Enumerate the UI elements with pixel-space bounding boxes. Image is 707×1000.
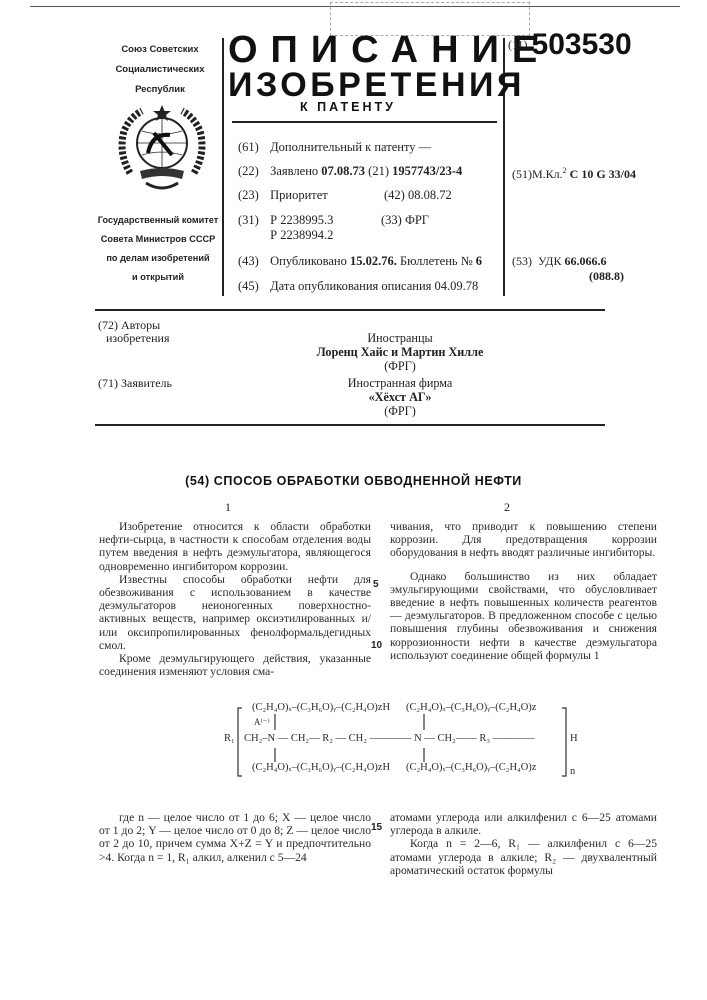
paragraph: Когда n = 2—6, R₁ — алкилфенил с 6—25 ат… [390,837,657,877]
org-line: Государственный комитет [93,211,223,230]
field-code: (61) [238,140,267,155]
doc-title-line2: ИЗОБРЕТЕНИЯ [228,67,525,103]
field-31: (31) Р 2238995.3 Р 2238994.2 [238,213,333,243]
org-line: Союз Советских [105,40,215,60]
applicant-block: Иностранная фирма «Хёхст АГ» (ФРГ) [240,376,560,418]
section-rule [95,424,605,426]
field-code: (42) [384,188,405,202]
field-label: Опубликовано [270,254,347,268]
org-line: Республик [105,80,215,100]
patent-number: (11) 503530 [508,28,632,62]
line-number: 5 [373,579,379,590]
udc-value: 66.066.6 [564,254,606,268]
patent-number-value: 503530 [532,28,632,61]
filed-date: 07.08.73 [321,164,365,178]
field-code: (22) [238,164,267,179]
field-code: (51) [512,167,532,181]
issuing-committee: Государственный комитет Совета Министров… [93,211,223,287]
org-line: по делам изобретений [93,249,223,268]
invention-title: (54) СПОСОБ ОБРАБОТКИ ОБВОДНЕННОЙ НЕФТИ [0,474,707,488]
divider-vertical [222,38,224,296]
formula-r1: R₁ [224,733,235,744]
field-code: (71) [98,376,118,390]
field-33: (33) ФРГ [381,213,429,228]
column-2-text: чивания, что приводит к повышению степен… [390,520,657,662]
field-sup: 2 [563,166,567,175]
field-label: изобретения [98,331,169,345]
formula-main-chain: CH₂–N — CH₂— R₂ — CH₂ ———— N — CH₂—— R₃ … [244,733,535,744]
chemical-formula-1: (C₂H₄O)ₓ–(C₃H₆O)ᵧ–(C₂H₄O)zH (C₂H₄O)ₓ–(C₃… [222,700,582,780]
paragraph: Однако большинство из них обладает эмуль… [390,570,657,662]
issuing-state: Союз Советских Социалистических Республи… [105,40,215,100]
bulletin-label: Бюллетень № [400,254,473,268]
title-rule [232,121,497,123]
authors-block: Иностранцы Лоренц Хайс и Мартин Хилле (Ф… [240,331,560,373]
section-rule [95,309,605,311]
field-61: (61) Дополнительный к патенту — [238,140,431,155]
org-line: Социалистических [105,60,215,80]
paragraph: Кроме деэмульгирующего действия, указанн… [99,652,371,678]
field-51: (51)М.Кл.2 C 10 G 33/04 [512,163,636,182]
applicant-name: «Хёхст АГ» [240,390,560,404]
field-label: Заявитель [121,376,172,390]
paragraph: где n — целое число от 1 до 6; X — целое… [99,811,371,864]
field-53: (53) УДК 66.066.6 (088.8) [512,254,624,284]
applicant-label: (71) Заявитель [98,376,172,391]
description-date: 04.09.78 [435,279,479,293]
field-code: (21) [368,164,389,178]
field-label: УДК [538,254,561,268]
field-45: (45) Дата опубликования описания 04.09.7… [238,279,478,294]
column-2-after-formula: атомами углерода или алкилфенил с 6—25 а… [390,811,657,877]
application-number: 1957743/23-4 [392,164,462,178]
formula-top-right: (C₂H₄O)ₓ–(C₃H₆O)ᵧ–(C₂H₄O)z [406,702,536,713]
ipc-class: C 10 G 33/04 [570,167,636,181]
field-code: (31) [238,213,267,228]
field-label: Заявлено [270,164,318,178]
formula-top-left: (C₂H₄O)ₓ–(C₃H₆O)ᵧ–(C₂H₄O)zH [252,702,390,713]
paragraph: атомами углерода или алкилфенил с 6—25 а… [390,811,657,837]
field-label: Приоритет [270,188,328,202]
field-code: (33) [381,213,402,227]
formula-bottom-right: (C₂H₄O)ₓ–(C₃H₆O)ᵧ–(C₂H₄O)z [406,762,536,773]
paragraph: Известны способы обработки нефти для обе… [99,573,371,652]
field-code: (43) [238,254,267,269]
formula-chain-end: H [570,733,578,744]
formula-subscript-n: n [570,766,575,777]
doc-title-line1: ОПИСАНИЕ [228,30,550,70]
field-code: (72) [98,318,118,332]
line-number: 15 [371,822,382,833]
column-number: 1 [225,500,231,515]
priority-number: Р 2238994.2 [270,228,333,242]
field-label: Дата опубликования описания [270,279,431,293]
column-number: 2 [504,500,510,515]
field-code: (45) [238,279,267,294]
authors-names: Лоренц Хайс и Мартин Хилле [240,345,560,359]
applicant-country: (ФРГ) [240,404,560,418]
authors-country: (ФРГ) [240,359,560,373]
field-code: (53) [512,254,532,268]
field-label: Дополнительный к патенту — [270,140,431,154]
field-22-21: (22) Заявлено 07.08.73 (21) 1957743/23-4 [238,164,462,179]
org-line: и открытий [93,268,223,287]
priority-number: Р 2238995.3 [270,213,333,227]
formula-anion: A⁽⁻⁾ [254,717,270,728]
doc-title-line3: К ПАТЕНТУ [300,100,396,114]
line-number: 10 [371,640,382,651]
field-42: (42) 08.08.72 [384,188,452,203]
column-1-after-formula: где n — целое число от 1 до 6; X — целое… [99,811,371,864]
paragraph: чивания, что приводит к повышению степен… [390,520,657,560]
column-1-text: Изобретение относится к области обработк… [99,520,371,678]
authors-status: Иностранцы [240,331,560,345]
field-label: М.Кл. [532,167,563,181]
authors-label: (72) Авторы изобретения [98,319,169,345]
applicant-type: Иностранная фирма [240,376,560,390]
bulletin-number: 6 [476,254,482,268]
state-emblem-icon [112,103,212,199]
field-label: Авторы [121,318,160,332]
patent-number-code: (11) [508,38,528,52]
paragraph: Изобретение относится к области обработк… [99,520,371,573]
org-line: Совета Министров СССР [93,230,223,249]
field-43: (43) Опубликовано 15.02.76. Бюллетень № … [238,254,482,269]
priority-country: ФРГ [405,213,429,227]
field-23: (23) Приоритет [238,188,328,203]
published-date: 15.02.76. [350,254,397,268]
priority-date: 08.08.72 [408,188,452,202]
udc-value-2: (088.8) [589,269,624,283]
formula-bottom-left: (C₂H₄O)ₓ–(C₃H₆O)ᵧ–(C₂H₄O)zH [252,762,390,773]
field-code: (23) [238,188,267,203]
